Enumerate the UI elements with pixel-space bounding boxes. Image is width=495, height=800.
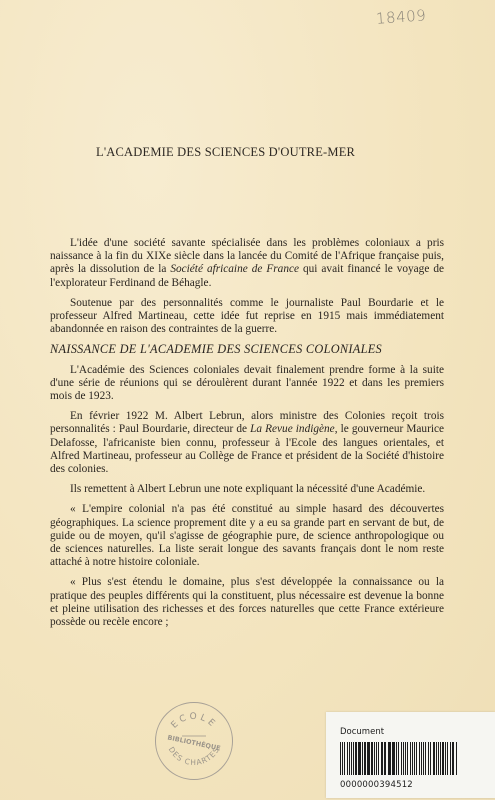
svg-text:DES CHARTES: DES CHARTES [167,745,222,767]
barcode-caption: Document [340,727,384,737]
paragraph: Ils remettent à Albert Lebrun une note e… [50,483,444,496]
paragraph: Soutenue par des personnalités comme le … [50,297,444,337]
barcode-icon [340,742,458,775]
section-heading: NAISSANCE DE L'ACADEMIE DES SCIENCES COL… [50,343,444,356]
paragraph: L'idée d'une société savante spécialisée… [50,237,444,290]
paragraph: En février 1922 M. Albert Lebrun, alors … [50,410,444,476]
handwritten-call-number: 18409 [375,6,426,27]
library-stamp: ECOLE BIBLIOTHÈQUE DES CHARTES [155,702,233,780]
paragraph: L'Académie des Sciences coloniales devai… [50,364,444,404]
barcode-number: 0000000394512 [340,780,413,790]
naissance-section: L'Académie des Sciences coloniales devai… [50,364,444,630]
paragraph: « L'empire colonial n'a pas été constitu… [50,503,444,569]
intro-section: L'idée d'une société savante spécialisée… [50,237,444,336]
paragraph: « Plus s'est étendu le domaine, plus s'e… [50,576,444,629]
body-text: L'idée d'une société savante spécialisée… [50,237,444,636]
barcode-label: Document 0000000394512 [326,712,495,798]
page-title: L'ACADEMIE DES SCIENCES D'OUTRE-MER [96,145,355,160]
document-page: 18409 L'ACADEMIE DES SCIENCES D'OUTRE-ME… [0,0,495,800]
stamp-icon: ECOLE BIBLIOTHÈQUE DES CHARTES [156,703,232,779]
svg-text:ECOLE: ECOLE [170,712,219,731]
